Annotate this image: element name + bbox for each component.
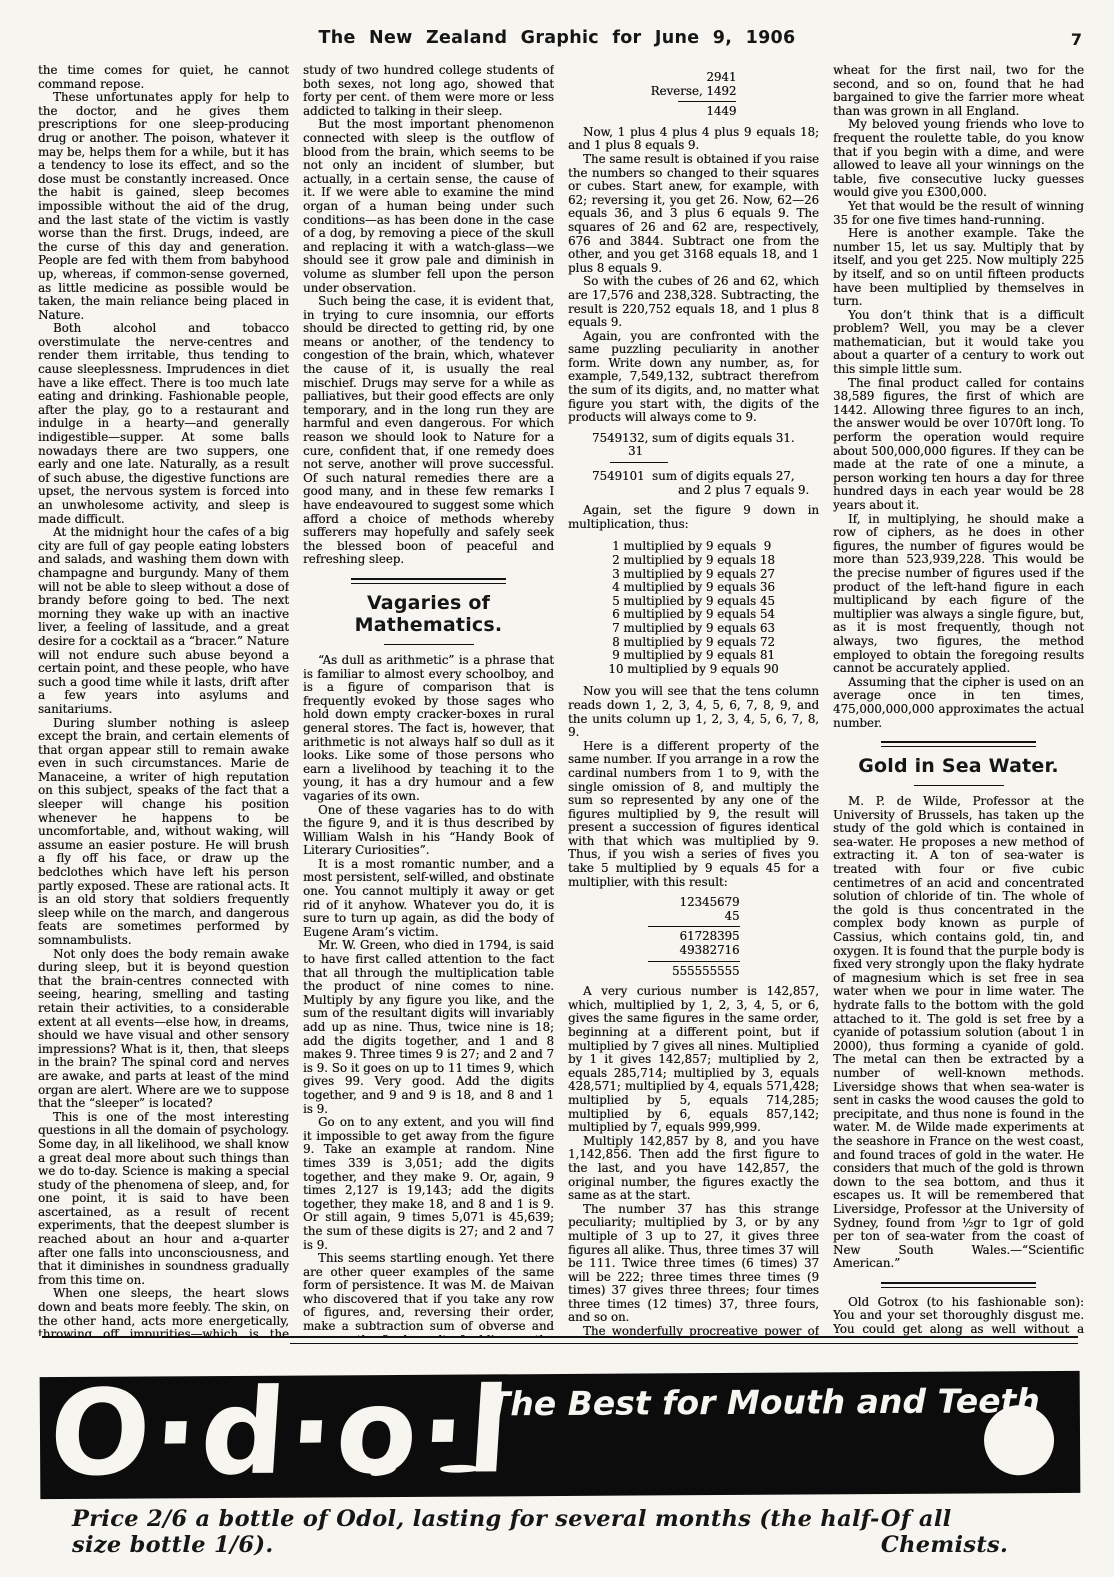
math-line: 12345679 xyxy=(648,896,740,910)
ad-caption-chemists: Of all Chemists. xyxy=(881,1506,1046,1558)
paragraph: It is a most romantic number, and a most… xyxy=(303,858,554,940)
paragraph: M. P. de Wilde, Professor at the Univers… xyxy=(833,795,1084,1271)
paragraph: Here is a different property of the same… xyxy=(568,740,819,890)
masthead-title: The New Zealand Graphic for June 9, 1906 xyxy=(0,28,1114,48)
math-rule xyxy=(610,462,668,463)
paragraph: At the midnight hour the cafes of a big … xyxy=(38,526,289,716)
math-line: and 2 plus 7 equals 9. xyxy=(592,484,819,498)
paragraph: Old Gotrox (to his fashionable son): You… xyxy=(833,1296,1084,1336)
paragraph: The same result is obtained if you raise… xyxy=(568,153,819,275)
headline-rule xyxy=(914,785,1004,786)
table-row: 2 multiplied by 9 equals 18 xyxy=(608,554,778,568)
math-line: 555555555 xyxy=(648,965,740,979)
paragraph: Yet that would be the result of winning … xyxy=(833,200,1084,227)
table-row: 8 multiplied by 9 equals 72 xyxy=(608,636,778,650)
paragraph: These unfortunates apply for help to the… xyxy=(38,91,289,322)
paragraph: This is one of the most interesting ques… xyxy=(38,1111,289,1288)
ad-top-rule xyxy=(42,1336,1078,1338)
headline-rule xyxy=(384,644,474,645)
paragraph: The number 37 has this strange peculiari… xyxy=(568,1203,819,1325)
ad-caption: Price 2/6 a bottle of Odol, lasting for … xyxy=(72,1506,1046,1558)
multiplication-table: 1 multiplied by 9 equals 9 2 multiplied … xyxy=(568,540,819,676)
math-line: Reverse, 1492 xyxy=(651,85,737,99)
column-layout: the time comes for quiet, he cannot comm… xyxy=(38,64,1086,1336)
math-line: 2941 xyxy=(651,71,737,85)
paragraph: The final product called for contains 38… xyxy=(833,377,1084,513)
paragraph: Now you will see that the tens column re… xyxy=(568,685,819,739)
paragraph: A very curious number is 142,857, which,… xyxy=(568,985,819,1135)
math-line: 1449 xyxy=(651,105,737,119)
paragraph: Go on to any extent, and you will find i… xyxy=(303,1116,554,1252)
math-rule xyxy=(678,101,736,102)
paragraph: “As dull as arithmetic” is a phrase that… xyxy=(303,654,554,804)
paragraph: Here is another example. Take the number… xyxy=(833,227,1084,309)
column-1: the time comes for quiet, he cannot comm… xyxy=(38,64,289,1336)
paragraph: This seems startling enough. Yet there a… xyxy=(303,1252,554,1336)
paragraph: But the most important phenomenon connec… xyxy=(303,118,554,295)
math-line: 61728395 xyxy=(648,930,740,944)
ad-tagline: The Best for Mouth and Teeth xyxy=(488,1381,1040,1423)
paragraph: Multiply 142,857 by 8, and you have 1,14… xyxy=(568,1135,819,1203)
paragraph: Now, 1 plus 4 plus 4 plus 9 equals 18; a… xyxy=(568,126,819,153)
paragraph: If, in multiplying, he should make a row… xyxy=(833,513,1084,676)
section-rule xyxy=(351,578,507,584)
ad-caption-price: Price 2/6 a bottle of Odol, lasting for … xyxy=(72,1506,881,1558)
sum-example-1: 7549132, sum of digits equals 31. 31 xyxy=(592,432,819,463)
sum-example-2: 7549101 sum of digits equals 27, and 2 p… xyxy=(592,470,819,497)
page-number: 7 xyxy=(1071,30,1082,49)
newspaper-page: The New Zealand Graphic for June 9, 1906… xyxy=(0,0,1114,1577)
multiplication-example: 12345679 45 61728395 49382716 555555555 xyxy=(568,896,819,978)
table-row: 4 multiplied by 9 equals 36 xyxy=(608,581,778,595)
table-row: 5 multiplied by 9 equals 45 xyxy=(608,595,778,609)
paragraph: Mr. W. Green, who died in 1794, is said … xyxy=(303,939,554,1116)
table-row: 9 multiplied by 9 equals 81 xyxy=(608,649,778,663)
math-line: 49382716 xyxy=(648,944,740,958)
white-circle-graphic xyxy=(984,1405,1054,1475)
paragraph: The wonderfully procreative power of fig… xyxy=(568,1325,819,1336)
math-line: 7549132, sum of digits equals 31. xyxy=(592,432,819,446)
table-row: 7 multiplied by 9 equals 63 xyxy=(608,622,778,636)
math-rule xyxy=(648,926,740,927)
odol-advertisement-banner: O·d·o·l The Best for Mouth and Teeth xyxy=(40,1371,1081,1499)
paragraph: wheat for the first nail, two for the se… xyxy=(833,64,1084,118)
paragraph: You don’t think that is a difficult prob… xyxy=(833,309,1084,377)
paragraph: Assuming that the cipher is used on an a… xyxy=(833,676,1084,730)
section-rule xyxy=(881,741,1037,747)
table-row: 1 multiplied by 9 equals 9 xyxy=(608,540,778,554)
subtraction-example: 2941 Reverse, 1492 1449 xyxy=(568,71,819,119)
table-row: 3 multiplied by 9 equals 27 xyxy=(608,568,778,582)
paragraph: When one sleeps, the heart slows down an… xyxy=(38,1287,289,1336)
paragraph: Such being the case, it is evident that,… xyxy=(303,295,554,567)
section-rule xyxy=(881,1282,1037,1288)
odol-logo: O·d·o·l xyxy=(46,1366,516,1497)
paragraph: My beloved young friends who love to fre… xyxy=(833,118,1084,200)
paragraph: Again, set the figure 9 down in multipli… xyxy=(568,504,819,531)
column-4: wheat for the first nail, two for the se… xyxy=(833,64,1084,1336)
column-2: study of two hundred college students of… xyxy=(303,64,554,1336)
table-row: 6 multiplied by 9 equals 54 xyxy=(608,608,778,622)
paragraph: the time comes for quiet, he cannot comm… xyxy=(38,64,289,91)
paragraph: Again, you are confronted with the same … xyxy=(568,330,819,425)
math-rule xyxy=(648,961,740,962)
ad-top-rule-thin xyxy=(290,1343,1078,1344)
paragraph: One of these vagaries has to do with the… xyxy=(303,804,554,858)
column-3: 2941 Reverse, 1492 1449 Now, 1 plus 4 pl… xyxy=(568,64,819,1336)
math-line: 31 xyxy=(592,445,819,459)
paragraph: Not only does the body remain awake duri… xyxy=(38,948,289,1111)
paragraph: During slumber nothing is asleep except … xyxy=(38,717,289,948)
headline-vagaries-of-mathematics: Vagaries of Mathematics. xyxy=(303,592,554,636)
math-line: 7549101 sum of digits equals 27, xyxy=(592,470,819,484)
paragraph: So with the cubes of 26 and 62, which ar… xyxy=(568,275,819,329)
math-line: 45 xyxy=(648,910,740,924)
paragraph: study of two hundred college students of… xyxy=(303,64,554,118)
table-row: 10 multiplied by 9 equals 90 xyxy=(608,663,778,677)
paragraph: Both alcohol and tobacco overstimulate t… xyxy=(38,322,289,526)
headline-gold-in-sea-water: Gold in Sea Water. xyxy=(833,755,1084,777)
